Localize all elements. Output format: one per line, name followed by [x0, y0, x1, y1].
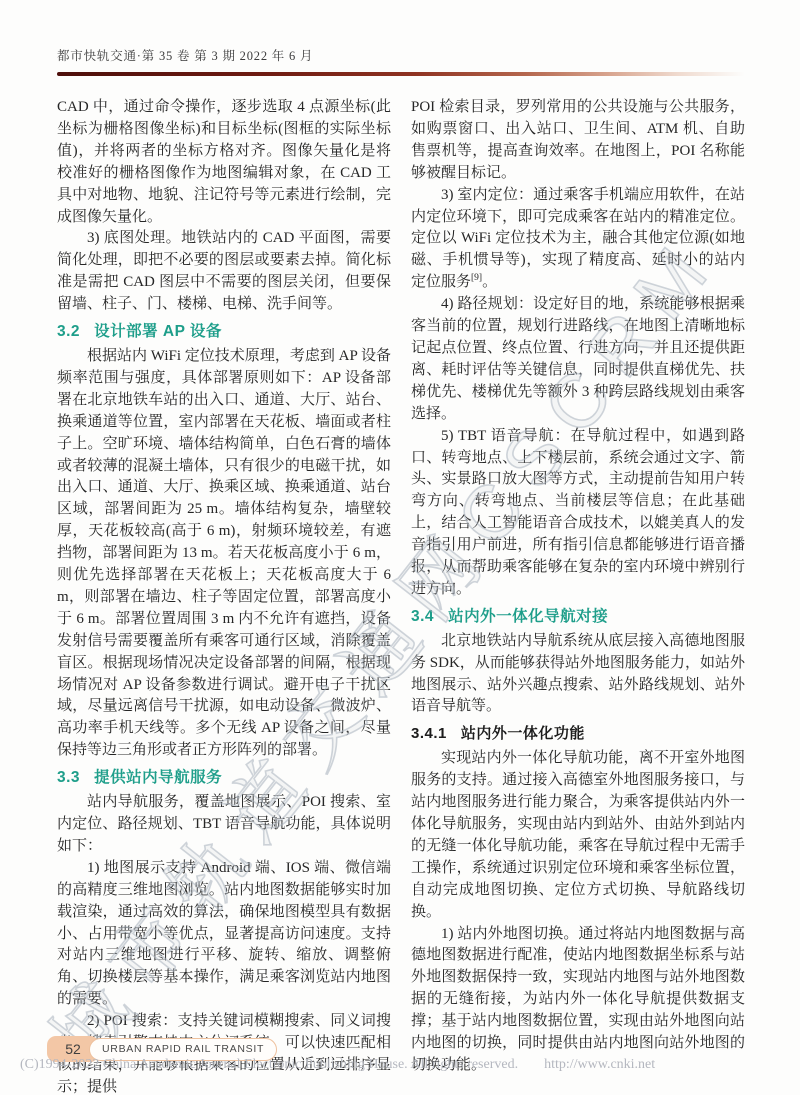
section-number: 3.4.1: [411, 725, 447, 742]
section-title: 站内外一体化导航对接: [448, 608, 608, 625]
column-left: CAD 中，通过命令操作，逐步选取 4 点源坐标(此坐标为栅格图像坐标)和目标坐…: [57, 97, 391, 1095]
paragraph-text: 站内导航服务，覆盖地图展示、POI 搜索、室内定位、路径规划、TBT 语音导航功…: [57, 794, 391, 854]
journal-issue-line: 都市快轨交通·第 35 卷 第 3 期 2022 年 6 月: [57, 46, 745, 64]
section-title: 提供站内导航服务: [94, 769, 222, 786]
paragraph: 3) 底图处理。地铁站内的 CAD 平面图，需要简化处理，即把不必要的图层或要素…: [57, 228, 391, 316]
paragraph: 实现站内外一体化导航功能，离不开室外地图服务的支持。通过接入高德室外地图服务接口…: [411, 748, 745, 923]
paragraph-text: 1) 站内外地图切换。通过将站内地图数据与高德地图数据进行配准，使站内地图数据坐…: [411, 926, 745, 1073]
section-number: 3.2: [57, 323, 80, 340]
section-title: 站内外一体化功能: [461, 725, 585, 742]
paragraph-text: 5) TBT 语音导航：在导航过程中，如遇到路口、转弯地点、上下楼层前，系统会通…: [411, 428, 745, 597]
paragraph: 北京地铁站内导航系统从底层接入高德地图服务 SDK，从而能够获得站外地图服务能力…: [411, 631, 745, 719]
section-title: 设计部署 AP 设备: [94, 323, 222, 340]
section-number: 3.3: [57, 769, 80, 786]
copyright-text: (C)1994-2022 China Academic Journal Elec…: [20, 1057, 518, 1072]
paragraph: 4) 路径规划：设定好目的地，系统能够根据乘客当前的位置，规划行进路线，在地图上…: [411, 294, 745, 425]
article-body: CAD 中，通过命令操作，逐步选取 4 点源坐标(此坐标为栅格图像坐标)和目标坐…: [57, 97, 745, 1095]
paragraph-text: CAD 中，通过命令操作，逐步选取 4 点源坐标(此坐标为栅格图像坐标)和目标坐…: [57, 99, 391, 225]
cnki-url: http://www.cnki.net: [544, 1057, 655, 1072]
section-heading: 3.2设计部署 AP 设备: [57, 321, 391, 343]
reference-superscript: [9]: [471, 273, 482, 283]
paragraph-text: 4) 路径规划：设定好目的地，系统能够根据乘客当前的位置，规划行进路线，在地图上…: [411, 296, 745, 422]
paragraph: CAD 中，通过命令操作，逐步选取 4 点源坐标(此坐标为栅格图像坐标)和目标坐…: [57, 97, 391, 228]
section-heading: 3.4站内外一体化导航对接: [411, 606, 745, 628]
section-number: 3.4: [411, 608, 434, 625]
paragraph: 1) 地图展示支持 Android 端、IOS 端、微信端的高精度三维地图浏览。…: [57, 858, 391, 1011]
section-heading: 3.3提供站内导航服务: [57, 767, 391, 789]
paragraph-text: 1) 地图展示支持 Android 端、IOS 端、微信端的高精度三维地图浏览。…: [57, 860, 391, 1007]
copyright-line: (C)1994-2022 China Academic Journal Elec…: [20, 1057, 790, 1073]
column-right: POI 检索目录，罗列常用的公共设施与公共服务，如购票窗口、出入站口、卫生间、A…: [411, 97, 745, 1095]
paragraph-text: 根据站内 WiFi 定位技术原理，考虑到 AP 设备频率范围与强度，具体部署原则…: [57, 348, 391, 758]
paragraph-text: 3) 底图处理。地铁站内的 CAD 平面图，需要简化处理，即把不必要的图层或要素…: [57, 230, 391, 312]
paragraph-text: 实现站内外一体化导航功能，离不开室外地图服务的支持。通过接入高德室外地图服务接口…: [411, 750, 745, 919]
scanned-paper-page: 都市快轨交通·第 35 卷 第 3 期 2022 年 6 月 CAD 中，通过命…: [0, 0, 800, 1095]
header-rule: [57, 72, 745, 76]
paragraph: POI 检索目录，罗列常用的公共设施与公共服务，如购票窗口、出入站口、卫生间、A…: [411, 97, 745, 185]
subsection-heading: 3.4.1站内外一体化功能: [411, 723, 745, 745]
paragraph: 3) 室内定位：通过乘客手机端应用软件，在站内定位环境下，即可完成乘客在站内的精…: [411, 185, 745, 295]
page-header: 都市快轨交通·第 35 卷 第 3 期 2022 年 6 月: [57, 46, 745, 76]
paragraph: 5) TBT 语音导航：在导航过程中，如遇到路口、转弯地点、上下楼层前，系统会通…: [411, 426, 745, 601]
paragraph-text: 北京地铁站内导航系统从底层接入高德地图服务 SDK，从而能够获得站外地图服务能力…: [411, 633, 745, 715]
paragraph: 根据站内 WiFi 定位技术原理，考虑到 AP 设备频率范围与强度，具体部署原则…: [57, 346, 391, 762]
paragraph: 站内导航服务，覆盖地图展示、POI 搜索、室内定位、路径规划、TBT 语音导航功…: [57, 792, 391, 858]
paragraph-text: 3) 室内定位：通过乘客手机端应用软件，在站内定位环境下，即可完成乘客在站内的精…: [411, 187, 745, 291]
paragraph: 1) 站内外地图切换。通过将站内地图数据与高德地图数据进行配准，使站内地图数据坐…: [411, 924, 745, 1077]
paragraph-text: 。: [482, 274, 497, 290]
paragraph-text: POI 检索目录，罗列常用的公共设施与公共服务，如购票窗口、出入站口、卫生间、A…: [411, 99, 745, 181]
